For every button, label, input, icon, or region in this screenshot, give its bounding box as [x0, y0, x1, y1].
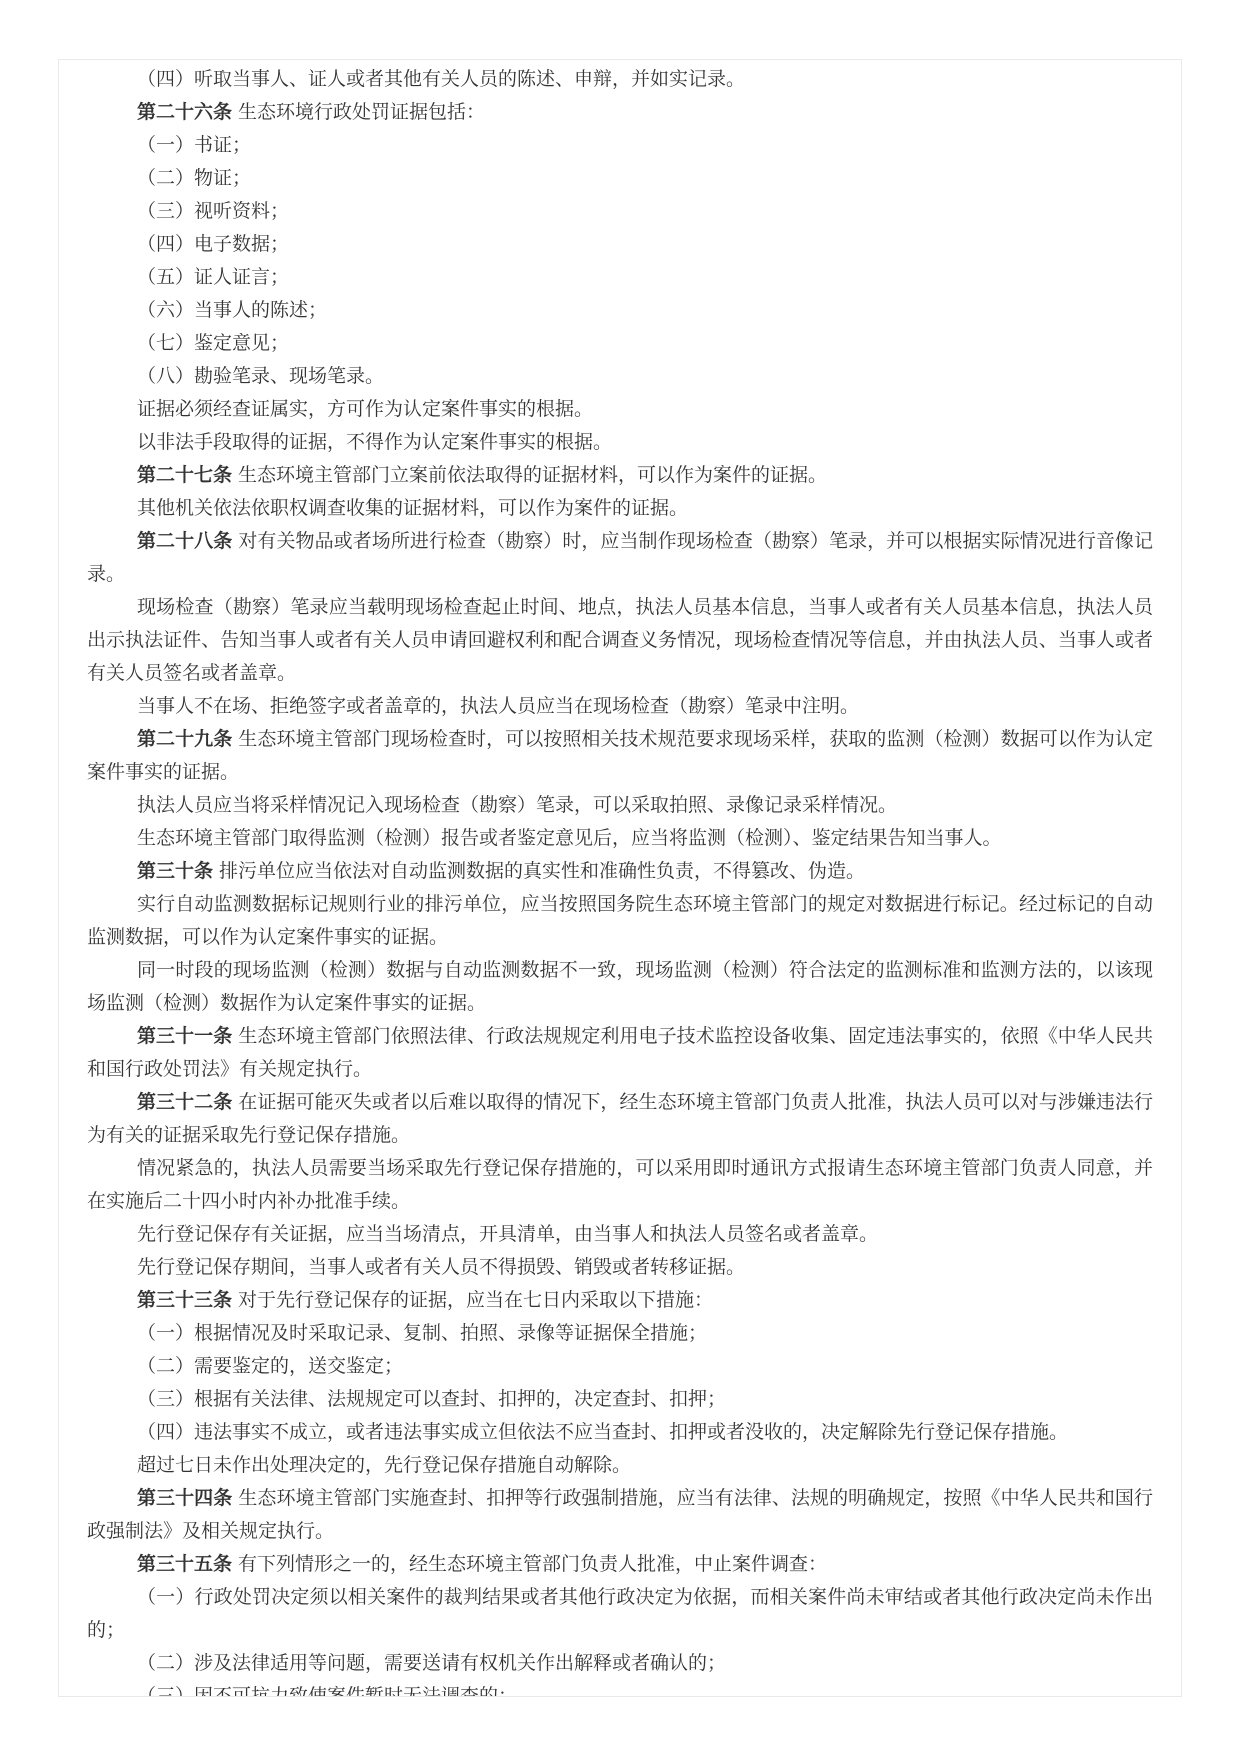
article-paragraph: 第二十六条 生态环境行政处罚证据包括：: [87, 96, 1153, 129]
article-number: 第三十一条: [137, 1025, 232, 1047]
paragraph: 当事人不在场、拒绝签字或者盖章的，执法人员应当在现场检查（勘察）笔录中注明。: [87, 690, 1153, 723]
paragraph: （三）视听资料；: [87, 195, 1153, 228]
article-number: 第三十五条: [137, 1553, 232, 1575]
article-number: 第三十三条: [137, 1289, 232, 1311]
paragraph: 实行自动监测数据标记规则行业的排污单位，应当按照国务院生态环境主管部门的规定对数…: [87, 888, 1153, 954]
article-paragraph: 第三十条 排污单位应当依法对自动监测数据的真实性和准确性负责，不得篡改、伪造。: [87, 855, 1153, 888]
article-number: 第三十二条: [137, 1091, 232, 1113]
document-body: （四）听取当事人、证人或者其他有关人员的陈述、申辩，并如实记录。第二十六条 生态…: [87, 63, 1153, 1697]
paragraph: （四）违法事实不成立，或者违法事实成立但依法不应当查封、扣押或者没收的，决定解除…: [87, 1416, 1153, 1449]
article-paragraph: 第三十一条 生态环境主管部门依照法律、行政法规规定利用电子技术监控设备收集、固定…: [87, 1020, 1153, 1086]
paragraph: （六）当事人的陈述；: [87, 294, 1153, 327]
article-paragraph: 第二十八条 对有关物品或者场所进行检查（勘察）时，应当制作现场检查（勘察）笔录，…: [87, 525, 1153, 591]
paragraph: 其他机关依法依职权调查收集的证据材料，可以作为案件的证据。: [87, 492, 1153, 525]
article-paragraph: 第三十四条 生态环境主管部门实施查封、扣押等行政强制措施，应当有法律、法规的明确…: [87, 1482, 1153, 1548]
paragraph: 先行登记保存有关证据，应当当场清点，开具清单，由当事人和执法人员签名或者盖章。: [87, 1218, 1153, 1251]
paragraph: 超过七日未作出处理决定的，先行登记保存措施自动解除。: [87, 1449, 1153, 1482]
article-paragraph: 第二十九条 生态环境主管部门现场检查时，可以按照相关技术规范要求现场采样，获取的…: [87, 723, 1153, 789]
paragraph: （四）听取当事人、证人或者其他有关人员的陈述、申辩，并如实记录。: [87, 63, 1153, 96]
paragraph: （四）电子数据；: [87, 228, 1153, 261]
article-paragraph: 第三十二条 在证据可能灭失或者以后难以取得的情况下，经生态环境主管部门负责人批准…: [87, 1086, 1153, 1152]
paragraph: 同一时段的现场监测（检测）数据与自动监测数据不一致，现场监测（检测）符合法定的监…: [87, 954, 1153, 1020]
article-paragraph: 第三十三条 对于先行登记保存的证据，应当在七日内采取以下措施：: [87, 1284, 1153, 1317]
paragraph: （三）根据有关法律、法规规定可以查封、扣押的，决定查封、扣押；: [87, 1383, 1153, 1416]
article-number: 第三十条: [137, 860, 213, 882]
paragraph: （一）根据情况及时采取记录、复制、拍照、录像等证据保全措施；: [87, 1317, 1153, 1350]
paragraph: 先行登记保存期间，当事人或者有关人员不得损毁、销毁或者转移证据。: [87, 1251, 1153, 1284]
article-paragraph: 第二十七条 生态环境主管部门立案前依法取得的证据材料，可以作为案件的证据。: [87, 459, 1153, 492]
paragraph: （三）因不可抗力致使案件暂时无法调查的；: [87, 1680, 1153, 1697]
paragraph: 执法人员应当将采样情况记入现场检查（勘察）笔录，可以采取拍照、录像记录采样情况。: [87, 789, 1153, 822]
article-number: 第二十八条: [137, 530, 232, 552]
article-paragraph: 第三十五条 有下列情形之一的，经生态环境主管部门负责人批准，中止案件调查：: [87, 1548, 1153, 1581]
paragraph: 证据必须经查证属实，方可作为认定案件事实的根据。: [87, 393, 1153, 426]
paragraph: （二）物证；: [87, 162, 1153, 195]
paragraph: （五）证人证言；: [87, 261, 1153, 294]
paragraph: （二）涉及法律适用等问题，需要送请有权机关作出解释或者确认的；: [87, 1647, 1153, 1680]
document-page: （四）听取当事人、证人或者其他有关人员的陈述、申辩，并如实记录。第二十六条 生态…: [58, 59, 1182, 1697]
paragraph: （八）勘验笔录、现场笔录。: [87, 360, 1153, 393]
article-number: 第二十六条: [137, 101, 232, 123]
paragraph: 以非法手段取得的证据，不得作为认定案件事实的根据。: [87, 426, 1153, 459]
article-number: 第二十九条: [137, 728, 232, 750]
paragraph: （二）需要鉴定的，送交鉴定；: [87, 1350, 1153, 1383]
article-number: 第三十四条: [137, 1487, 232, 1509]
paragraph: 生态环境主管部门取得监测（检测）报告或者鉴定意见后，应当将监测（检测）、鉴定结果…: [87, 822, 1153, 855]
paragraph: （一）书证；: [87, 129, 1153, 162]
article-number: 第二十七条: [137, 464, 232, 486]
paragraph: 现场检查（勘察）笔录应当载明现场检查起止时间、地点，执法人员基本信息，当事人或者…: [87, 591, 1153, 690]
paragraph: （七）鉴定意见；: [87, 327, 1153, 360]
paragraph: （一）行政处罚决定须以相关案件的裁判结果或者其他行政决定为依据，而相关案件尚未审…: [87, 1581, 1153, 1647]
paragraph: 情况紧急的，执法人员需要当场采取先行登记保存措施的，可以采用即时通讯方式报请生态…: [87, 1152, 1153, 1218]
